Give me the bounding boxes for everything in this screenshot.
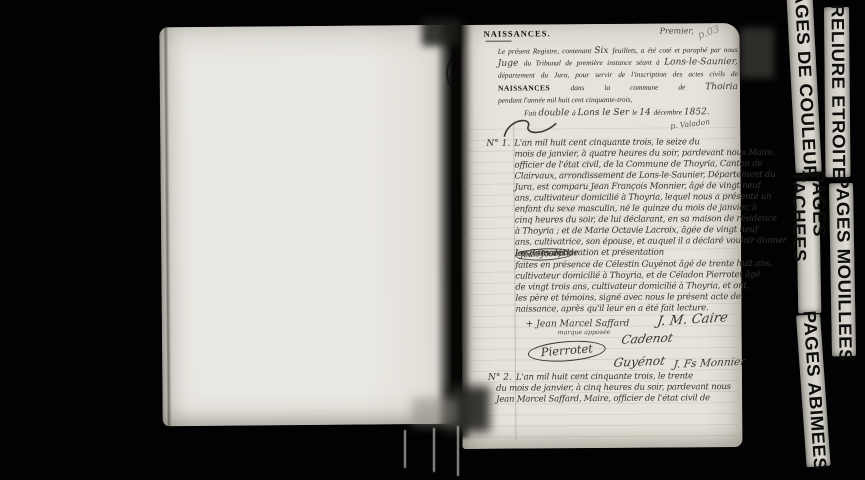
act-line: de vingt trois ans, cultivateur domicili… (515, 281, 749, 293)
act-line: les père et témoins, signé avec nous le … (515, 292, 740, 304)
signature: Guyénot (613, 354, 667, 370)
corner-note: Premier, (660, 26, 694, 35)
signature-mark: + Jean Marcel Saffard (526, 318, 630, 330)
archive-scan-view: NAISSANCES. Premier, p.03 Le présent Reg… (0, 0, 865, 480)
clerk-signature: p. Valadon (670, 117, 711, 130)
signature-mark-note: marque apposée (558, 329, 611, 336)
intro-handwritten: Thoiria (705, 82, 738, 92)
smudge (740, 28, 774, 78)
register-opening-formula: Le présent Registre, contenant Six feuil… (498, 43, 738, 106)
signature-circled: Pierrotet (527, 338, 607, 364)
intro-handwritten: Juge (498, 59, 524, 69)
act-line: cultivateur domicilié à Thoyria, et de C… (515, 270, 760, 282)
intro-print: Le présent Registre, contenant (498, 46, 595, 56)
condition-label-pages-tachees: PAGES TACHEES (796, 181, 821, 313)
signature: J. Fs Monnier (673, 356, 746, 371)
act-line: Jura, est comparu Jean François Monnier,… (515, 181, 761, 193)
intro-print: feuillets, a été coté et paraphé par nou… (612, 45, 737, 55)
act-line: L'an mil huit cent cinquante trois, le t… (516, 371, 693, 382)
page-fore-edge (457, 426, 459, 476)
intro-print: dans la commune de (570, 82, 705, 92)
pencil-folio-number: p.03 (696, 24, 721, 41)
header-rule (486, 41, 512, 42)
act-line: faites en présence de Célestin Guyénot â… (515, 259, 772, 271)
act-line: officier de l'état civil, de la Commune … (514, 159, 762, 171)
act-line: Jean Marcel Saffard, Maire, officier de … (496, 393, 710, 404)
signature: J. M. Caire (656, 310, 729, 329)
page-title: NAISSANCES. (484, 28, 551, 38)
act-line: mois de janvier, à quatre heures du soir… (514, 148, 775, 160)
condition-label-pages-de-couleur: PAGES DE COULEUR (786, 0, 822, 173)
act-line: ans, cultivatrice, son épouse, et auquel… (515, 236, 786, 248)
page-fore-edge (404, 430, 406, 468)
act-line: Clairvaux, arrondissement de Lons-le-Sau… (515, 170, 776, 182)
act-line: L'an mil huit cent cinquante trois, le s… (514, 137, 699, 148)
act-line: du mois de janvier, à cinq heures du soi… (496, 382, 731, 394)
condition-label-reliure-etroite: RELIURE ETROITE (824, 7, 850, 177)
intro-handwritten: Lons-le-Saunier, (664, 57, 738, 68)
act1-number: N° 1. (486, 139, 510, 149)
act-line: cinq heures du soir, de lui déclarant, e… (515, 214, 777, 226)
condition-label-pages-abimees: PAGES ABIMEES (796, 314, 831, 467)
intro-handwritten: Six (594, 46, 612, 56)
right-page-acts: NAISSANCES. Premier, p.03 Le présent Reg… (460, 23, 743, 449)
act-line: à Thoyria ; et de Marie Octavie Lacroix,… (515, 225, 758, 237)
act-line: enfant du sexe masculin, né le quinze du… (515, 203, 757, 215)
intro-print-bold: NAISSANCES (498, 83, 571, 93)
condition-label-pages-mouillees: PAGES MOUILLEES (829, 183, 856, 356)
act-line: ans, cultivateur domicilié à Thoyria, le… (515, 192, 772, 204)
page-fore-edge (433, 428, 435, 472)
intro-print: du Tribunal de première instance séant à (524, 58, 665, 68)
signature: Cadenot (620, 331, 674, 347)
intro-print: département du Jura, pour servir de l'in… (498, 69, 738, 80)
act2-number: N° 2. (488, 373, 512, 383)
left-page-blank (159, 25, 456, 427)
intro-print: pendant l'année mil huit cent cinquante-… (498, 95, 632, 105)
